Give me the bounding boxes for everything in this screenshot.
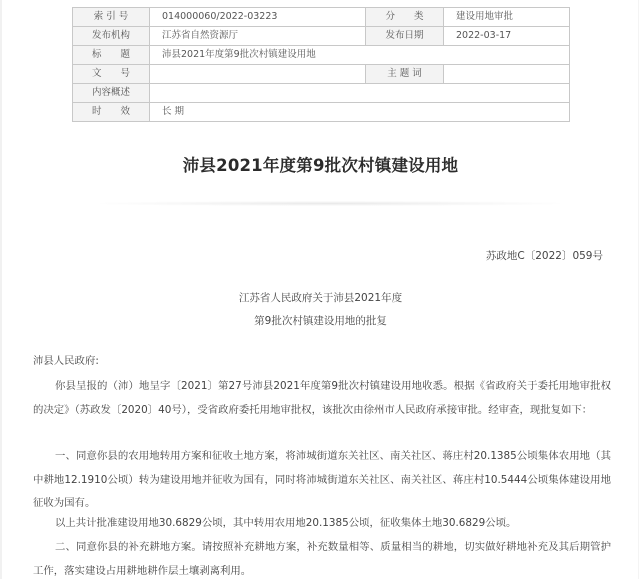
document-metadata-table: 索 引 号 014000060/2022-03223 分 类 建设用地审批 发布… bbox=[72, 7, 570, 122]
body-paragraph-3: 以上共计批准建设用地30.6829公顷，其中转用农用地20.1385公顷，征收集… bbox=[33, 512, 611, 536]
paragraph-text: 二、同意你县的补充耕地方案。请按照补充耕地方案，补充数量相等、质量相当的耕地，切… bbox=[33, 536, 611, 579]
body-paragraph-4: 二、同意你县的补充耕地方案。请按照补充耕地方案，补充数量相等、质量相当的耕地，切… bbox=[33, 536, 611, 579]
title-divider bbox=[100, 201, 560, 206]
addressee-text: 沛县人民政府: bbox=[33, 350, 611, 374]
meta-row-index: 索 引 号 014000060/2022-03223 分 类 建设用地审批 bbox=[73, 8, 570, 27]
reply-heading-line-1: 江苏省人民政府关于沛县2021年度 bbox=[0, 290, 641, 305]
addressee: 沛县人民政府: bbox=[33, 350, 611, 374]
label-doc-number: 文 号 bbox=[73, 65, 150, 84]
paragraph-text: 你县呈报的（沛）地呈字〔2021〕第27号沛县2021年度第9批次村镇建设用地收… bbox=[33, 375, 611, 422]
value-publish-date: 2022-03-17 bbox=[444, 27, 570, 46]
meta-row-doc-number: 文 号 主 题 词 bbox=[73, 65, 570, 84]
value-validity: 长 期 bbox=[150, 103, 570, 122]
label-index-number: 索 引 号 bbox=[73, 8, 150, 27]
value-category: 建设用地审批 bbox=[444, 8, 570, 27]
label-publisher: 发布机构 bbox=[73, 27, 150, 46]
paragraph-text: 以上共计批准建设用地30.6829公顷，其中转用农用地20.1385公顷，征收集… bbox=[33, 512, 611, 536]
document-title: 沛县2021年度第9批次村镇建设用地 bbox=[0, 152, 641, 176]
value-index-number: 014000060/2022-03223 bbox=[150, 8, 366, 27]
meta-row-summary: 内容概述 bbox=[73, 84, 570, 103]
paragraph-text: 一、同意你县的农用地转用方案和征收土地方案，将沛城街道东关社区、南关社区、蒋庄村… bbox=[33, 445, 611, 516]
reply-heading-line-2: 第9批次村镇建设用地的批复 bbox=[0, 313, 641, 328]
label-summary: 内容概述 bbox=[73, 84, 150, 103]
value-summary bbox=[150, 84, 570, 103]
meta-row-title: 标 题 沛县2021年度第9批次村镇建设用地 bbox=[73, 46, 570, 65]
label-category: 分 类 bbox=[366, 8, 444, 27]
value-doc-number bbox=[150, 65, 366, 84]
value-keywords bbox=[444, 65, 570, 84]
label-title: 标 题 bbox=[73, 46, 150, 65]
meta-row-validity: 时 效 长 期 bbox=[73, 103, 570, 122]
label-validity: 时 效 bbox=[73, 103, 150, 122]
document-number: 苏政地C〔2022〕059号 bbox=[486, 248, 603, 263]
value-title: 沛县2021年度第9批次村镇建设用地 bbox=[150, 46, 570, 65]
body-paragraph-2: 一、同意你县的农用地转用方案和征收土地方案，将沛城街道东关社区、南关社区、蒋庄村… bbox=[33, 445, 611, 516]
value-publisher: 江苏省自然资源厅 bbox=[150, 27, 366, 46]
label-publish-date: 发布日期 bbox=[366, 27, 444, 46]
body-paragraph-1: 你县呈报的（沛）地呈字〔2021〕第27号沛县2021年度第9批次村镇建设用地收… bbox=[33, 375, 611, 422]
label-keywords: 主 题 词 bbox=[366, 65, 444, 84]
meta-row-publisher: 发布机构 江苏省自然资源厅 发布日期 2022-03-17 bbox=[73, 27, 570, 46]
